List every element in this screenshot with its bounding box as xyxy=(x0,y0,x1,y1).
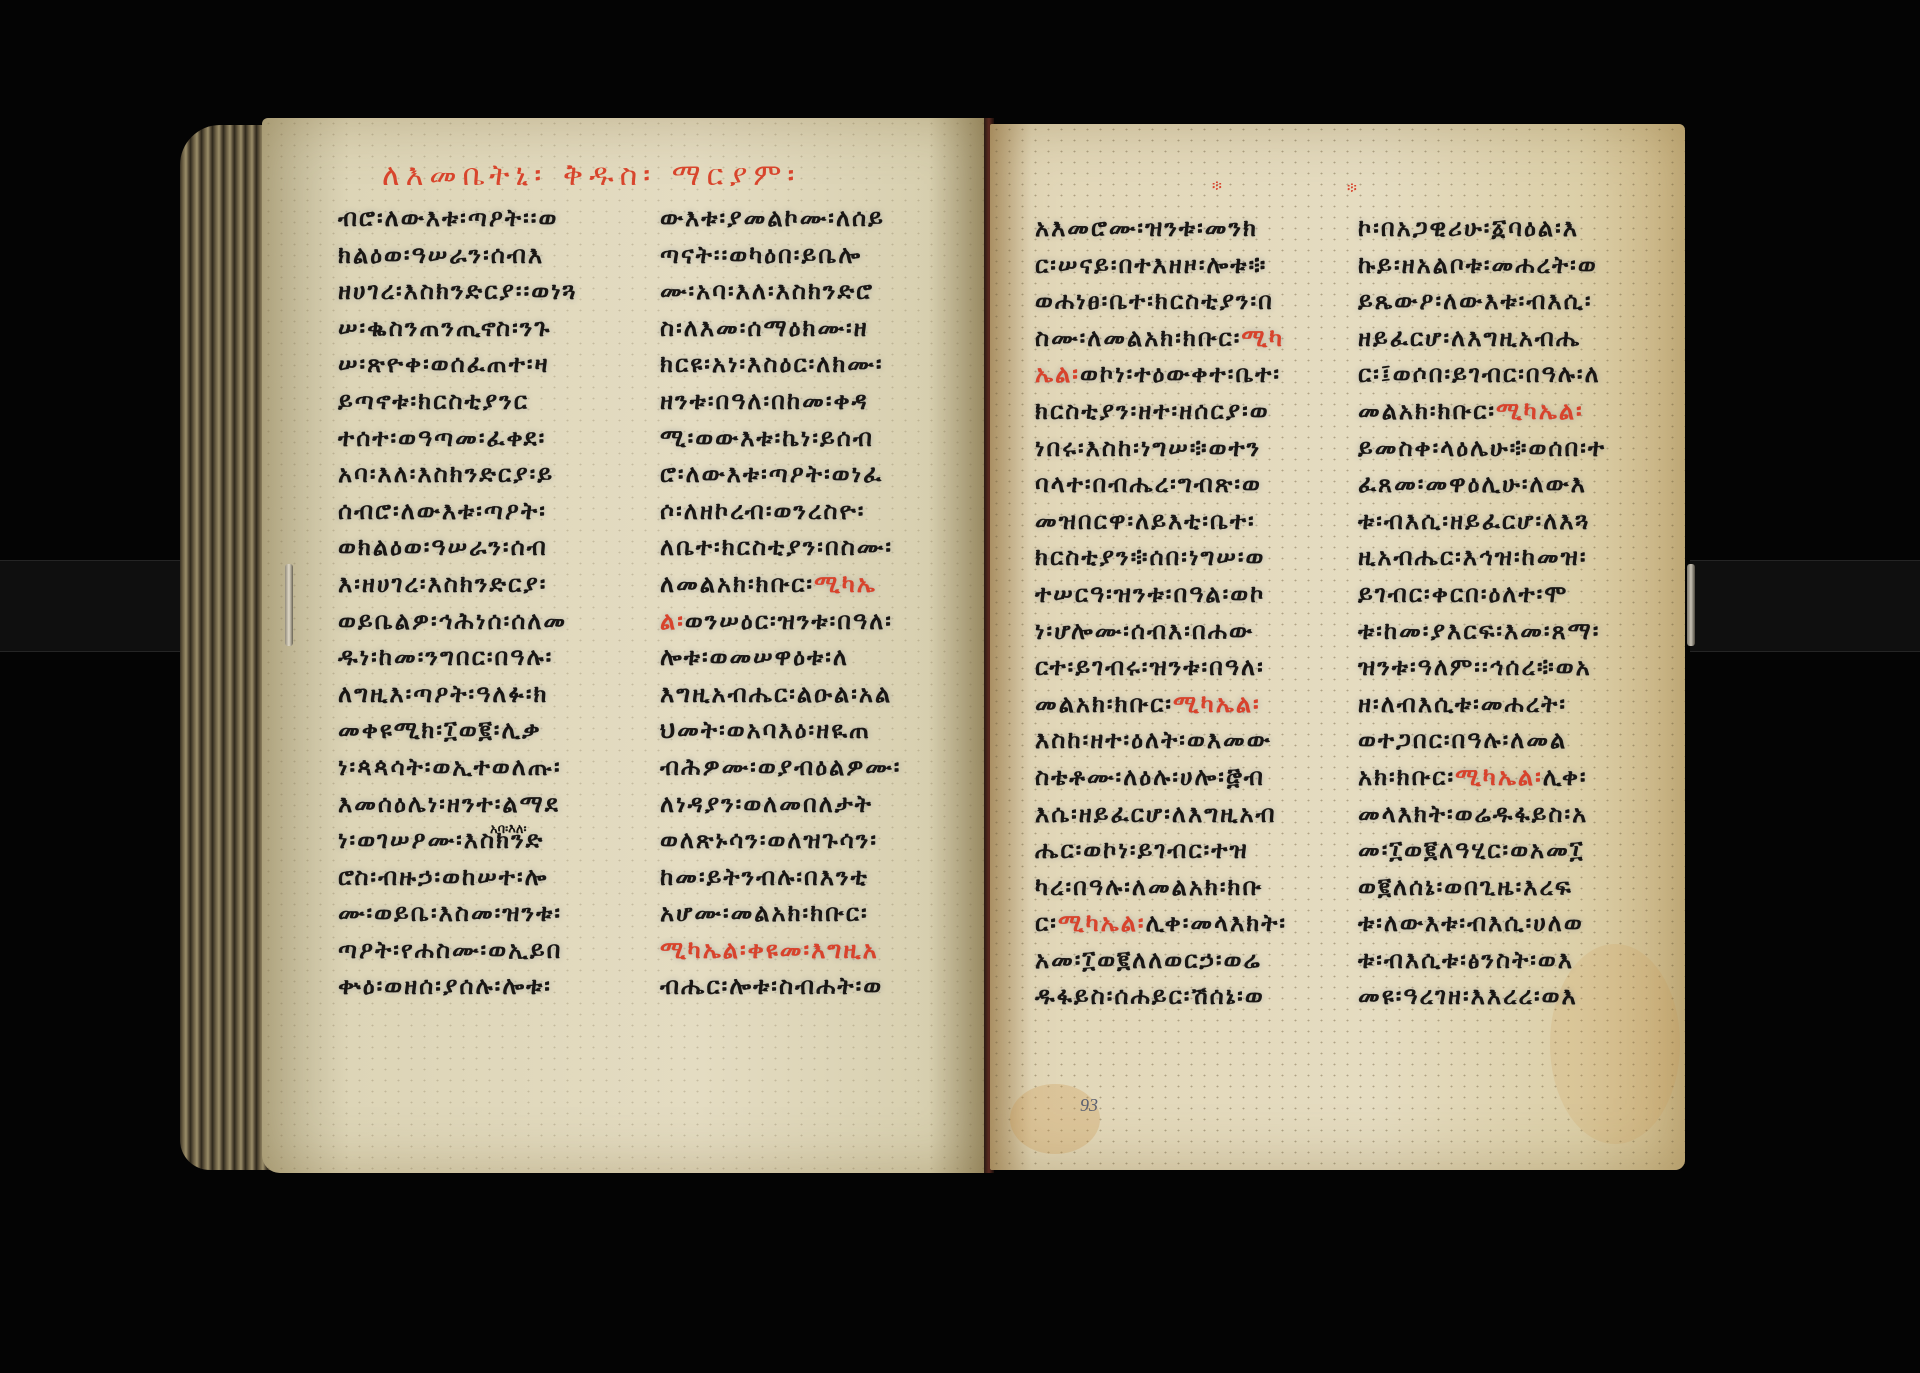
text-line: ዘ፡ለብእሲቱ፡መሐረት፡ xyxy=(1358,686,1668,723)
text-line-rubric: ሚካኤል፡ቀዩመ፡እግዚአ xyxy=(660,932,980,969)
text-line: ሔር፡ወኮነ፡ይገብር፡ተዝ xyxy=(1035,832,1355,869)
text-line: አክ፡ክቡር፡ሚካኤል፡ሊቀ፡ xyxy=(1358,759,1668,796)
red-mark: ፨ xyxy=(1347,180,1357,196)
text-line: ር፡ሚካኤል፡ሊቀ፡መላእክት፡ xyxy=(1035,905,1355,942)
text-line: ሙ፡ወይቤ፡እስመ፡ዝንቱ፡ xyxy=(338,895,648,932)
text-line: መ፡፲ወ፪ለዓሂር፡ወአመ፲ xyxy=(1358,832,1668,869)
text-line: ክርዩ፡አነ፡እስዕር፡ለክሙ፡ xyxy=(660,346,980,383)
text-line: ኩይ፡ዘአልቦቱ፡መሐረት፡ወ xyxy=(1358,247,1668,284)
text-line: ክልዕወ፡ዓሠራን፡ሰብእ xyxy=(338,237,648,274)
text-line: አሆሙ፡መልአክ፡ክቡር፡ xyxy=(660,895,980,932)
text-line: ስሙ፡ለመልአክ፡ክቡር፡ሚካ xyxy=(1035,320,1355,357)
rubric-word: ሚካኤ xyxy=(814,570,877,598)
rubric-heading: ለእመቤትኒ፡ ቅዱስ፡ ማርያም፡ xyxy=(382,158,801,193)
text-line: ዚአብሔር፡እኅዝ፡ከመዝ፡ xyxy=(1358,539,1668,576)
text-line: ሚ፡ወውእቱ፡ኬነ፡ይሰብ xyxy=(660,420,980,457)
strap-clip-left xyxy=(285,564,293,646)
text-line: ሰብሮ፡ለውእቱ፡ጣዖት፡ xyxy=(338,493,648,530)
text-line: ዱነ፡ከመ፡ንግበር፡በዓሉ፡ xyxy=(338,639,648,676)
text-line: ቱ፡ብእሲቱ፡ፅንስት፡ወእ xyxy=(1358,942,1668,979)
text-line: ለግዚእ፡ጣዖት፡ዓለፉ፡ክ xyxy=(338,676,648,713)
text-line: ወሐነፀ፡ቤተ፡ክርስቲያን፡በ xyxy=(1035,283,1355,320)
text-line: ወይቤልዎ፡ኅሕነሰ፡ሰለመ xyxy=(338,603,648,640)
right-column-2: ኮ፡በአጋዊሪሁ፡፩ባዕል፡እ ኩይ፡ዘአልቦቱ፡መሐረት፡ወ ይጼውዖ፡ለውእ… xyxy=(1358,210,1668,1015)
text-line: ቱ፡ብእሲ፡ዘይፈርሆ፡ለእጓ xyxy=(1358,503,1668,540)
text-line: አእመሮሙ፡ዝንቱ፡መንክ xyxy=(1035,210,1355,247)
text-line: ር፡ሠናይ፡በተእዘዞ፡ሎቱ፨ xyxy=(1035,247,1355,284)
text-line: ቱ፡ከመ፡ያእርፍ፡እመ፡ጸማ፡ xyxy=(1358,613,1668,650)
text-line: ሮስ፡ብዙኃ፡ወከሠተ፡ሎ xyxy=(338,859,648,896)
strap-clip-right xyxy=(1687,564,1695,646)
text-line: ስ፡ለእመ፡ሰማዕክሙ፡ዘ xyxy=(660,310,980,347)
text-line: እመሰዕሌነ፡ዘንተ፡ልማደ xyxy=(338,786,648,823)
text-line: ኤል፡ወኮነ፡ተዕውቀተ፡ቤተ፡ xyxy=(1035,356,1355,393)
text-line: ቍዕ፡ወዘሰ፡ያሰሉ፡ሎቱ፡ xyxy=(338,968,648,1005)
text-line: ፈጸመ፡መዋዕሊሁ፡ለውእ xyxy=(1358,466,1668,503)
text-line: ይጼውዖ፡ለውእቱ፡ብእሲ፡ xyxy=(1358,283,1668,320)
text-line: ወለጽኑሳን፡ወለዝጉሳን፡ xyxy=(660,822,980,859)
text-line: ርተ፡ይገብሩ፡ዝንቱ፡በዓለ፡ xyxy=(1035,649,1355,686)
text-line: ሠ፡ቈስንጠንጢኖስ፡ንጉ xyxy=(338,310,648,347)
text-line: ተሠርዓ፡ዝንቱ፡በዓል፡ወኮ xyxy=(1035,576,1355,613)
rubric-word: ኤል፡ xyxy=(1035,360,1080,388)
text-line: ለቤተ፡ክርስቲያን፡በስሙ፡ xyxy=(660,529,980,566)
text-line: ብሕዎሙ፡ወያብዕልዎሙ፡ xyxy=(660,749,980,786)
rubric-word: ሚካኤል፡ xyxy=(1058,909,1146,937)
text-line: ይመስቀ፡ላዕሌሁ፨ወሰበ፡ተ xyxy=(1358,430,1668,467)
text-line: ክርስቲያን፨ሰበ፡ነግሠ፡ወ xyxy=(1035,539,1355,576)
text-line: ወ፪ለሰኔ፡ወበጊዜ፡እረፍ xyxy=(1358,869,1668,906)
text-line: መልአክ፡ክቡር፡ሚካኤል፡ xyxy=(1358,393,1668,430)
text-line: ወክልዕወ፡ዓሠራን፡ሰብ xyxy=(338,529,648,566)
text-line: ውእቱ፡ያመልኮሙ፡ለሰይ xyxy=(660,200,980,237)
clear-strap-right xyxy=(1690,560,1920,652)
text-line: መዩ፡ዓረገዘ፡እእረረ፡ወእ xyxy=(1358,978,1668,1015)
text-line: መቀዩሚክ፡፲ወ፪፡ሊቃ xyxy=(338,712,648,749)
text-line: ተሰተ፡ወዓጣመ፡ፈቀደ፡ xyxy=(338,420,648,457)
text-line: ህመት፡ወአባእዕ፡ዘዪጠ xyxy=(660,712,980,749)
right-column-1: አእመሮሙ፡ዝንቱ፡መንክ ር፡ሠናይ፡በተእዘዞ፡ሎቱ፨ ወሐነፀ፡ቤተ፡ክር… xyxy=(1035,210,1355,1015)
rubric-word: ሚካኤል፡ xyxy=(1455,763,1543,791)
text-line: መላእክት፡ወሬዱፋይስ፡አ xyxy=(1358,796,1668,833)
text-line-with-rubric: ለመልአክ፡ክቡር፡ሚካኤ xyxy=(660,566,980,603)
text-line: ሎቱ፡ወመሠዋዕቱ፡ለ xyxy=(660,639,980,676)
text-line: ብሮ፡ለውእቱ፡ጣዖት፡፡ወ xyxy=(338,200,648,237)
text-line: እሴ፡ዘይፈርሆ፡ለእግዚአብ xyxy=(1035,796,1355,833)
text-line: ለነዳያን፡ወለመበለታት xyxy=(660,786,980,823)
text-line: ወተጋበር፡በዓሉ፡ለመል xyxy=(1358,722,1668,759)
text-line: ሮ፡ለውእቱ፡ጣዖት፡ወነፈ xyxy=(660,456,980,493)
text-line: ሠ፡ጽዮቀ፡ወሰፈጠተ፡ዛ xyxy=(338,346,648,383)
text-line: እስከ፡ዘተ፡ዕለት፡ወእመው xyxy=(1035,722,1355,759)
text-line: ከመ፡ይትንብሉ፡በእንቲ xyxy=(660,859,980,896)
text-line: አባ፡እለ፡እስክንድርያ፡ይ xyxy=(338,456,648,493)
text-line: ቱ፡ለውእቱ፡ብእሲ፡ሀለወ xyxy=(1358,905,1668,942)
text-line: ሶ፡ለዘኮረብ፡ወንረስዮ፡ xyxy=(660,493,980,530)
text-line: ባላተ፡በብሔረ፡ግብጽ፡ወ xyxy=(1035,466,1355,503)
text-line: ር፡፤ወሶበ፡ይገብር፡በዓሉ፡ለ xyxy=(1358,356,1668,393)
text-line: ነበሩ፡እስከ፡ነግሠ፨ወተን xyxy=(1035,430,1355,467)
text-line: ነ፡ሆሎሙ፡ሰብእ፡በሐው xyxy=(1035,613,1355,650)
text-line: ዱፋይስ፡ሰሐይር፡ሽሰኔ፡ወ xyxy=(1035,978,1355,1015)
text-line: ሙ፡አባ፡እለ፡እስክንድሮ xyxy=(660,273,980,310)
text-line: ል፡ወንሠዕር፡ዝንቱ፡በዓለ፡ xyxy=(660,603,980,640)
rubric-word: ሚካኤል፡ xyxy=(1496,397,1584,425)
text-line: ይጣኖቱ፡ክርስቲያንር xyxy=(338,383,648,420)
folio-number: 93 xyxy=(1080,1095,1098,1116)
rubric-word: ሚካ xyxy=(1241,324,1284,352)
text-line: አመ፡፲ወ፪ለለወርኃ፡ወሬ xyxy=(1035,942,1355,979)
text-line: ዘሀገረ፡እስክንድርያ፡፡ወነጓ xyxy=(338,273,648,310)
left-column-1: ብሮ፡ለውእቱ፡ጣዖት፡፡ወ ክልዕወ፡ዓሠራን፡ሰብእ ዘሀገረ፡እስክንድር… xyxy=(338,200,648,1005)
text-line: ዘይፈርሆ፡ለእግዚአብሔ xyxy=(1358,320,1668,357)
rubric-word: ል፡ xyxy=(660,607,685,635)
text-line: ብሔር፡ሎቱ፡ስብሐት፡ወ xyxy=(660,968,980,1005)
text-line: መዝበርዋ፡ለይእቲ፡ቤተ፡ xyxy=(1035,503,1355,540)
text-line: ዘንቱ፡በዓለ፡በከመ፡ቀዳ xyxy=(660,383,980,420)
text-line: ይገብር፡ቀርበ፡ዕለተ፡ሞ xyxy=(1358,576,1668,613)
text-line: ስቴቶሙ፡ለዕሉ፡ሀሎ፡፸ብ xyxy=(1035,759,1355,796)
left-column-2: ውእቱ፡ያመልኮሙ፡ለሰይ ጣናት፡፡ወካዕበ፡ይቤሎ ሙ፡አባ፡እለ፡እስክን… xyxy=(660,200,980,1005)
text-line: እ፡ዘሀገረ፡እስክንድርያ፡ xyxy=(338,566,648,603)
text-line: መልአክ፡ክቡር፡ሚካኤል፡ xyxy=(1035,686,1355,723)
interlinear-note: አባ፡እለ፡ xyxy=(490,822,527,837)
rubric-word: ሚካኤል፡ xyxy=(1173,690,1261,718)
text-line: ክርስቲያን፡ዘተ፡ዘሰርያ፡ወ xyxy=(1035,393,1355,430)
text-line: ዝንቱ፡ዓለም፡፡ኅሰረ፨ወአ xyxy=(1358,649,1668,686)
text-line: ካረ፡በዓሉ፡ለመልአክ፡ክቡ xyxy=(1035,869,1355,906)
text-line: ጣዖት፡የሐስሙ፡ወኢይበ xyxy=(338,932,648,969)
text-line: እግዚአብሔር፡ልዑል፡አል xyxy=(660,676,980,713)
red-mark: ፨ xyxy=(1212,178,1222,194)
text-line: ነ፡ጳጳሳት፡ወኢተወለጡ፡ xyxy=(338,749,648,786)
text-line: ኮ፡በአጋዊሪሁ፡፩ባዕል፡እ xyxy=(1358,210,1668,247)
text-line: ጣናት፡፡ወካዕበ፡ይቤሎ xyxy=(660,237,980,274)
